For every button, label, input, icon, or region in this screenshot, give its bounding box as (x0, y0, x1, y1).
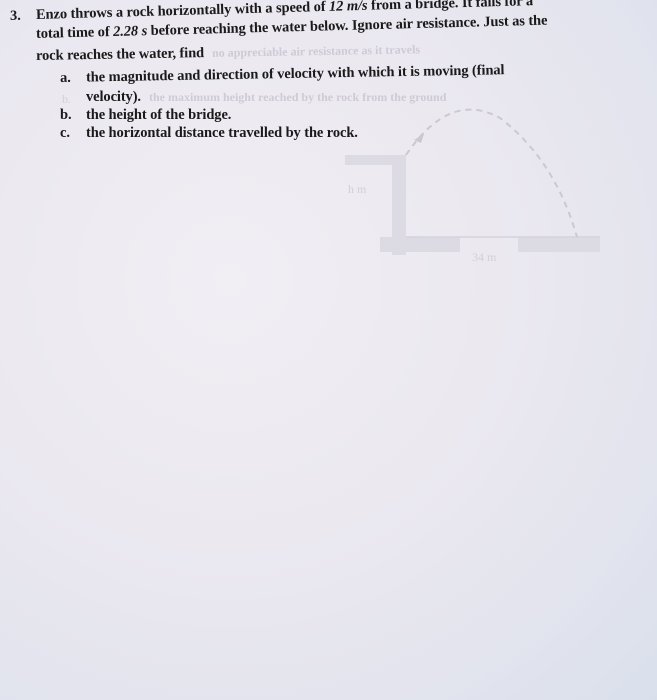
statement-text: rock reaches the water, find (36, 45, 204, 64)
item-text: the magnitude and direction of velocity … (86, 62, 505, 85)
distance-label: 34 m (472, 250, 496, 265)
item-text: the height of the bridge. (86, 107, 231, 123)
statement-line-3: rock reaches the water, findno appreciab… (36, 40, 420, 65)
scanned-page: 3. Enzo throws a rock horizontally with … (0, 0, 657, 700)
question-item-c: c.the horizontal distance travelled by t… (60, 124, 358, 142)
question-item-b: b.the height of the bridge. (60, 106, 231, 124)
bleed-through-diagram: h m 34 m (340, 100, 600, 280)
problem-number: 3. (10, 8, 21, 25)
item-text: velocity). (86, 89, 141, 105)
question-item-a: a.the magnitude and direction of velocit… (60, 61, 505, 87)
item-marker: c. (60, 124, 86, 142)
statement-text: total time of (36, 24, 114, 42)
time-value: 2.28 s (113, 23, 147, 40)
height-label: h m (348, 182, 366, 197)
bleed-through-text: no appreciable air resistance as it trav… (212, 42, 420, 60)
item-marker: b. (60, 106, 86, 124)
speed-value: 12 m/s (329, 0, 368, 15)
projectile-diagram-icon (340, 100, 600, 280)
item-marker: a. (60, 69, 86, 87)
item-text: the horizontal distance travelled by the… (86, 125, 358, 141)
